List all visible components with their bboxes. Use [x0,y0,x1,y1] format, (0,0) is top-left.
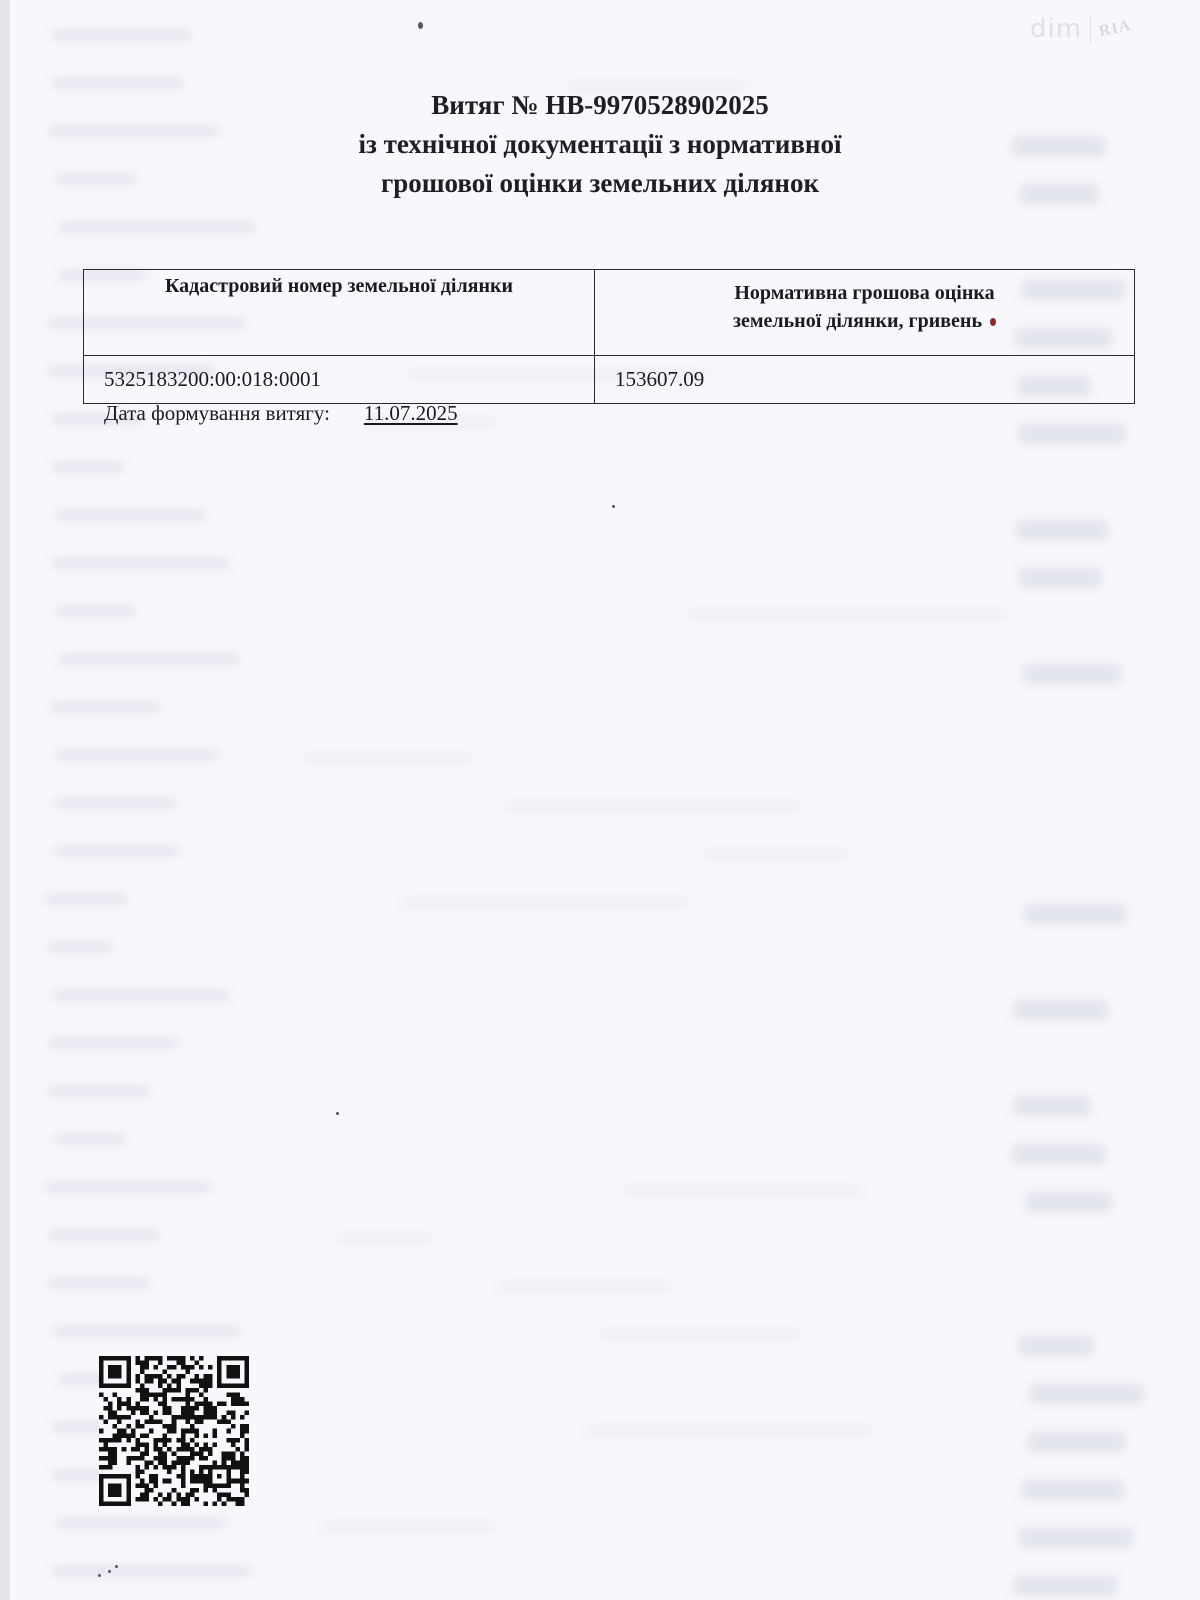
formation-date-value: 11.07.2025 [364,401,458,426]
valuation-table: Кадастровий номер земельної ділянки Норм… [83,269,1135,404]
scan-speck [98,1574,101,1577]
scan-speck [108,1570,111,1573]
watermark-brand: dim [1030,14,1082,44]
watermark-partner: RIA [1098,17,1133,41]
table-row: 5325183200:00:018:0001 153607.09 [84,356,1135,404]
ink-dot-icon [990,318,996,326]
formation-date-label: Дата формування витягу: [104,401,330,426]
watermark-divider [1090,14,1091,44]
formation-date: Дата формування витягу: 11.07.2025 [104,401,458,426]
header-normative-value-line-2: земельної ділянки, гривень [605,307,1124,335]
qr-code-icon [99,1356,249,1506]
table-header-row: Кадастровий номер земельної ділянки Норм… [84,270,1135,356]
normative-value-cell: 153607.09 [595,356,1135,404]
header-normative-value: Нормативна грошова оцінка земельної діля… [595,270,1135,356]
scan-speck [612,505,615,508]
document-title: Витяг № НВ-9970528902025 із технічної до… [0,86,1200,203]
scan-speck [336,1112,339,1115]
scan-edge [0,0,10,1600]
scan-speck [115,1565,118,1568]
header-normative-value-line-1: Нормативна грошова оцінка [605,279,1124,307]
title-line-3: грошової оцінки земельних ділянок [0,164,1200,203]
scan-speck [418,22,423,29]
header-normative-value-line-2-text: земельної ділянки, гривень [733,310,982,332]
watermark: dim RIA [1030,14,1131,44]
title-line-1: Витяг № НВ-9970528902025 [0,86,1200,125]
header-cadastral-number: Кадастровий номер земельної ділянки [84,270,595,356]
title-line-2: із технічної документації з нормативної [0,125,1200,164]
cadastral-number-cell: 5325183200:00:018:0001 [84,356,595,404]
